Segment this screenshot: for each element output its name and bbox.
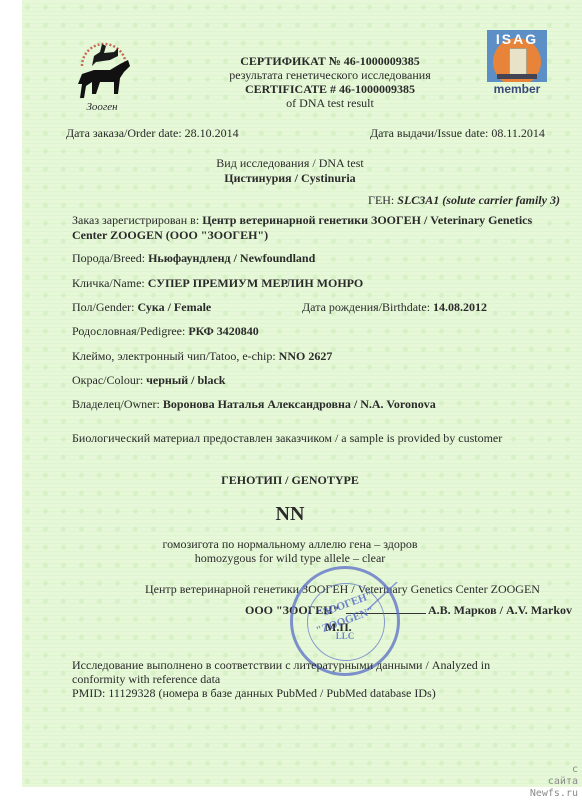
dna-test-label: Вид исследования / DNA test [120,156,460,171]
pedigree-value: РКФ 3420840 [188,324,258,338]
genotype-desc-ru: гомозигота по нормальному аллелю гена – … [120,537,460,552]
order-date: Дата заказа/Order date: 28.10.2014 [66,126,239,141]
svg-text:Зооген: Зооген [86,101,118,113]
isag-member-logo: ISAG member [487,30,547,98]
name-value: СУПЕР ПРЕМИУМ МЕРЛИН МОНРО [148,276,364,290]
watermark-line1: с [572,764,578,775]
colour-value: черный / black [146,373,225,387]
gene-label: ГЕН: [368,193,397,207]
birthdate-value: 14.08.2012 [433,300,487,314]
genotype-value: NN [120,503,460,526]
gene-line: ГЕН: SLC3A1 (solute carrier family 3) [368,193,560,208]
registered-value-cont: Center ZOOGEN (ООО "ЗООГЕН") [72,228,268,243]
pmid-line: PMID: 11129328 (номера в базе данных Pub… [72,686,436,701]
zoogen-logo: Зооген [70,26,140,116]
name-label: Кличка/Name: [72,276,148,290]
certificate-title-ru: СЕРТИФИКАТ № 46-1000009385 [180,54,480,69]
signer-name: А.В. Марков / A.V. Markov [428,603,572,618]
certificate-title-en: CERTIFICATE # 46-1000009385 [180,82,480,97]
gender-label: Пол/Gender: [72,300,137,314]
pedigree-line: Родословная/Pedigree: РКФ 3420840 [72,324,259,339]
breed-value: Ньюфаундленд / Newfoundland [148,251,315,265]
registered-line: Заказ зарегистрирован в: Центр ветеринар… [72,213,532,228]
registered-label: Заказ зарегистрирован в: [72,213,202,227]
breed-line: Порода/Breed: Ньюфаундленд / Newfoundlan… [72,251,315,266]
sample-note: Биологический материал предоставлен зака… [72,431,502,446]
birthdate-line: Дата рождения/Birthdate: 14.08.2012 [302,300,487,315]
chip-value: NNO 2627 [279,349,333,363]
colour-line: Окрас/Colour: черный / black [72,373,225,388]
owner-value: Воронова Наталья Александровна / N.A. Vo… [163,397,436,411]
watermark-line3: Newfs.ru [530,788,578,799]
analysis-note: Исследование выполнено в соответствии с … [72,658,490,673]
birthdate-label: Дата рождения/Birthdate: [302,300,433,314]
watermark-line2: сайта [548,776,578,787]
registered-value: Центр ветеринарной генетики ЗООГЕН / Vet… [202,213,532,227]
chip-label: Клеймо, электронный чип/Tatoo, e-chip: [72,349,279,363]
owner-label: Владелец/Owner: [72,397,163,411]
certificate-subtitle-en: of DNA test result [180,96,480,111]
gender-line: Пол/Gender: Сука / Female [72,300,211,315]
breed-label: Порода/Breed: [72,251,148,265]
colour-label: Окрас/Colour: [72,373,146,387]
certificate-subtitle-ru: результата генетического исследования [180,68,480,83]
name-line: Кличка/Name: СУПЕР ПРЕМИУМ МЕРЛИН МОНРО [72,276,363,291]
gene-value: SLC3A1 (solute carrier family 3) [397,193,560,207]
dna-test-name: Цистинурия / Cystinuria [120,171,460,186]
analysis-note-cont: conformity with reference data [72,672,220,687]
chip-line: Клеймо, электронный чип/Tatoo, e-chip: N… [72,349,332,364]
genotype-desc-en: homozygous for wild type allele – clear [120,551,460,566]
gender-value: Сука / Female [137,300,211,314]
pedigree-label: Родословная/Pedigree: [72,324,188,338]
owner-line: Владелец/Owner: Воронова Наталья Алексан… [72,397,436,412]
genotype-heading: ГЕНОТИП / GENOTYPE [120,473,460,488]
issue-date: Дата выдачи/Issue date: 08.11.2014 [370,126,545,141]
